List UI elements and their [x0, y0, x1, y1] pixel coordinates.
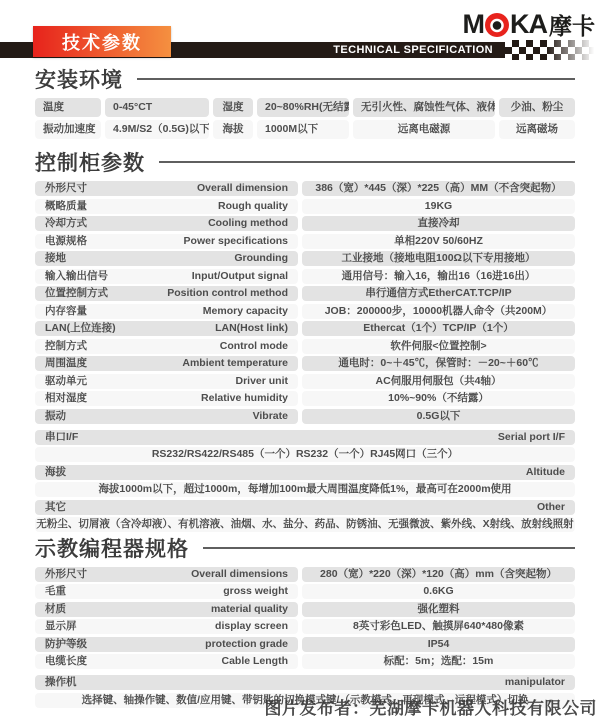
logo-m-text: M: [463, 9, 485, 40]
spec-row: LAN(上位连接)LAN(Host link)Ethercat（1个）TCP/I…: [35, 321, 575, 336]
spec-label-cn: 外形尺寸: [45, 567, 87, 582]
spec-label-en: Position control method: [167, 286, 288, 301]
spec-label-cell: 毛重gross weight: [35, 584, 298, 599]
spec-row: 外形尺寸Overall dimensions280（宽）*220（深）*120（…: [35, 567, 575, 582]
spec-label-en: Cable Length: [221, 654, 288, 669]
wide-label-en: Serial port I/F: [498, 430, 565, 445]
spec-label-cell: 周围温度Ambient temperature: [35, 356, 298, 371]
wide-content-row: 海拔1000m以下，超过1000m，每增加100m最大周围温度降低1%，最高可在…: [35, 482, 575, 497]
section-title: 示教编程器规格: [35, 533, 189, 563]
section-rule: [137, 78, 575, 80]
wide-label-cn: 海拔: [45, 465, 66, 480]
spec-label-en: display screen: [215, 619, 288, 634]
spec-label-cn: 周围温度: [45, 356, 87, 371]
spec-value-cell: 串行通信方式EtherCAT.TCP/IP: [302, 286, 575, 301]
section-install-env: 安装环境 温度0-45°CT湿度20~80%RH(无结露)无引火性、腐蚀性气体、…: [35, 66, 575, 139]
spec-value-cell: JOB：200000步，10000机器人命令（共200M）: [302, 304, 575, 319]
env-cell: 4.9M/S2（0.5G)以下: [105, 120, 209, 139]
tech-params-badge: 技术参数: [33, 26, 171, 57]
logo-ka-text: KA: [510, 9, 547, 40]
spec-value-cell: 386（宽）*445（深）*225（高）MM（不含突起物）: [302, 181, 575, 196]
spec-label-en: protection grade: [205, 637, 288, 652]
spec-row: 外形尺寸Overall dimension386（宽）*445（深）*225（高…: [35, 181, 575, 196]
spec-row: 电源规格Power specifications单相220V 50/60HZ: [35, 234, 575, 249]
spec-row: 概略质量Rough quality19KG: [35, 199, 575, 214]
spec-label-en: Vibrate: [253, 409, 288, 424]
spec-label-cell: 概略质量Rough quality: [35, 199, 298, 214]
spec-label-cn: 电源规格: [45, 234, 87, 249]
wide-content-row: RS232/RS422/RS485（一个）RS232（一个）RJ45网口（三个）: [35, 447, 575, 462]
spec-label-cell: 防护等级protection grade: [35, 637, 298, 652]
wide-content-row: 无粉尘、切屑液（含冷却液）、有机溶液、油烟、水、盐分、药品、防锈油、无强微波、紫…: [35, 517, 575, 532]
spec-label-cell: 内存容量Memory capacity: [35, 304, 298, 319]
spec-label-cell: LAN(上位连接)LAN(Host link): [35, 321, 298, 336]
spec-label-cn: 材质: [45, 602, 66, 617]
spec-label-cn: 显示屏: [45, 619, 77, 634]
env-cell: 海拔: [213, 120, 253, 139]
spec-label-cn: 电缆长度: [45, 654, 87, 669]
spec-value-cell: 通用信号：输入16，输出16（16进16出）: [302, 269, 575, 284]
spec-label-en: Input/Output signal: [192, 269, 288, 284]
spec-row: 位置控制方式Position control method串行通信方式Ether…: [35, 286, 575, 301]
env-cell: 温度: [35, 98, 101, 117]
env-cell: 远离电磁源: [353, 120, 495, 139]
spec-label-cell: 冷却方式Cooling method: [35, 216, 298, 231]
wide-label-row: 其它Other: [35, 500, 575, 515]
spec-value-cell: AC伺服用伺服包（共4轴）: [302, 374, 575, 389]
env-cell: 0-45°CT: [105, 98, 209, 117]
spec-row: 振动Vibrate0.5G以下: [35, 409, 575, 424]
spec-label-cn: 防护等级: [45, 637, 87, 652]
spec-label-en: Overall dimension: [197, 181, 288, 196]
wide-label-cn: 操作机: [45, 675, 77, 690]
spec-label-cell: 外形尺寸Overall dimensions: [35, 567, 298, 582]
spec-value-cell: 直接冷却: [302, 216, 575, 231]
wide-label-row: 串口I/FSerial port I/F: [35, 430, 575, 445]
spec-value-cell: 软件伺服<位置控制>: [302, 339, 575, 354]
spec-row: 材质material quality强化塑料: [35, 602, 575, 617]
wide-label-row: 操作机manipulator: [35, 675, 575, 690]
spec-label-cn: 内存容量: [45, 304, 87, 319]
spec-label-cn: 驱动单元: [45, 374, 87, 389]
spec-row: 显示屏display screen8英寸彩色LED、触摸屏640*480像素: [35, 619, 575, 634]
spec-value-cell: 通电时：0~＋45℃，保管时：－20~＋60℃: [302, 356, 575, 371]
env-cell: 无引火性、腐蚀性气体、液体、无溅水: [353, 98, 495, 117]
spec-row: 电缆长度Cable Length标配：5m；选配：15m: [35, 654, 575, 669]
spec-label-cell: 接地Grounding: [35, 251, 298, 266]
spec-label-cn: 控制方式: [45, 339, 87, 354]
install-env-table: 温度0-45°CT湿度20~80%RH(无结露)无引火性、腐蚀性气体、液体、无溅…: [35, 98, 575, 139]
spec-label-cell: 电源规格Power specifications: [35, 234, 298, 249]
env-row: 温度0-45°CT湿度20~80%RH(无结露)无引火性、腐蚀性气体、液体、无溅…: [35, 98, 575, 117]
env-row: 振动加速度4.9M/S2（0.5G)以下海拔1000M以下远离电磁源远离磁场: [35, 120, 575, 139]
logo-red-o-icon: [485, 13, 509, 37]
spec-row: 冷却方式Cooling method直接冷却: [35, 216, 575, 231]
spec-label-en: Control mode: [220, 339, 288, 354]
spec-label-cn: 相对湿度: [45, 391, 87, 406]
pendant-table: 外形尺寸Overall dimensions280（宽）*220（深）*120（…: [35, 567, 575, 670]
env-cell: 湿度: [213, 98, 253, 117]
spec-label-cell: 输入输出信号Input/Output signal: [35, 269, 298, 284]
moka-logo: M KA 摩卡: [463, 8, 596, 41]
spec-value-cell: 8英寸彩色LED、触摸屏640*480像素: [302, 619, 575, 634]
wide-label-en: Other: [537, 500, 565, 515]
wide-label-en: Altitude: [526, 465, 565, 480]
spec-label-cn: 概略质量: [45, 199, 87, 214]
section-title: 安装环境: [35, 64, 123, 94]
spec-label-cn: 振动: [45, 409, 66, 424]
section-header: 示教编程器规格: [35, 535, 575, 561]
spec-value-cell: 10%~90%（不结露）: [302, 391, 575, 406]
spec-value-cell: 0.5G以下: [302, 409, 575, 424]
spec-label-en: LAN(Host link): [215, 321, 288, 336]
spec-page: M KA 摩卡 TECHNICAL SPECIFICATION 技术参数 安装环…: [0, 0, 600, 722]
wide-label-row: 海拔Altitude: [35, 465, 575, 480]
spec-label-en: Grounding: [234, 251, 288, 266]
wide-label-cn: 其它: [45, 500, 66, 515]
section-rule: [203, 547, 575, 549]
spec-label-en: Rough quality: [218, 199, 288, 214]
spec-label-en: Memory capacity: [203, 304, 288, 319]
spec-value-cell: Ethercat（1个）TCP/IP（1个）: [302, 321, 575, 336]
spec-value-cell: 标配：5m；选配：15m: [302, 654, 575, 669]
spec-label-cell: 控制方式Control mode: [35, 339, 298, 354]
wide-label-cn: 串口I/F: [45, 430, 78, 445]
spec-label-cell: 驱动单元Driver unit: [35, 374, 298, 389]
wide-label-en: manipulator: [505, 675, 565, 690]
section-title: 控制柜参数: [35, 147, 145, 177]
spec-value-cell: IP54: [302, 637, 575, 652]
section-header: 安装环境: [35, 66, 575, 92]
spec-row: 内存容量Memory capacityJOB：200000步，10000机器人命…: [35, 304, 575, 319]
spec-label-cell: 相对湿度Relative humidity: [35, 391, 298, 406]
spec-label-cell: 位置控制方式Position control method: [35, 286, 298, 301]
env-cell: 振动加速度: [35, 120, 101, 139]
spec-label-cn: 位置控制方式: [45, 286, 108, 301]
publisher-watermark: 图片发布者：芜湖摩卡机器人科技有限公司: [265, 694, 598, 719]
spec-label-cn: 外形尺寸: [45, 181, 87, 196]
section-pendant: 示教编程器规格 外形尺寸Overall dimensions280（宽）*220…: [35, 535, 575, 708]
header-bar-title: TECHNICAL SPECIFICATION: [333, 44, 493, 56]
spec-label-cn: LAN(上位连接): [45, 321, 116, 336]
spec-label-cn: 冷却方式: [45, 216, 87, 231]
spec-label-en: material quality: [211, 602, 288, 617]
spec-row: 毛重gross weight0.6KG: [35, 584, 575, 599]
spec-value-cell: 工业接地（接地电阻100Ω以下专用接地）: [302, 251, 575, 266]
spec-label-en: Ambient temperature: [182, 356, 288, 371]
logo-cn-text: 摩卡: [549, 8, 595, 41]
spec-row: 驱动单元Driver unitAC伺服用伺服包（共4轴）: [35, 374, 575, 389]
spec-value-cell: 强化塑料: [302, 602, 575, 617]
section-header: 控制柜参数: [35, 149, 575, 175]
cabinet-table: 外形尺寸Overall dimension386（宽）*445（深）*225（高…: [35, 181, 575, 424]
section-cabinet: 控制柜参数 外形尺寸Overall dimension386（宽）*445（深）…: [35, 149, 575, 532]
spec-label-cell: 振动Vibrate: [35, 409, 298, 424]
spec-value-cell: 0.6KG: [302, 584, 575, 599]
spec-label-cell: 外形尺寸Overall dimension: [35, 181, 298, 196]
spec-label-en: Power specifications: [184, 234, 288, 249]
env-cell: 20~80%RH(无结露): [257, 98, 349, 117]
spec-label-cell: 电缆长度Cable Length: [35, 654, 298, 669]
checkerboard-pattern-icon: [505, 40, 598, 60]
spec-label-en: Relative humidity: [201, 391, 288, 406]
spec-value-cell: 280（宽）*220（深）*120（高）mm（含突起物）: [302, 567, 575, 582]
spec-label-cn: 毛重: [45, 584, 66, 599]
env-cell: 远离磁场: [499, 120, 575, 139]
spec-row: 相对湿度Relative humidity10%~90%（不结露）: [35, 391, 575, 406]
spec-label-cn: 输入输出信号: [45, 269, 108, 284]
section-rule: [159, 161, 575, 163]
spec-row: 输入输出信号Input/Output signal通用信号：输入16，输出16（…: [35, 269, 575, 284]
spec-value-cell: 单相220V 50/60HZ: [302, 234, 575, 249]
spec-row: 接地Grounding工业接地（接地电阻100Ω以下专用接地）: [35, 251, 575, 266]
spec-label-en: Cooling method: [208, 216, 288, 231]
spec-value-cell: 19KG: [302, 199, 575, 214]
env-cell: 1000M以下: [257, 120, 349, 139]
spec-label-en: gross weight: [223, 584, 288, 599]
spec-row: 防护等级protection gradeIP54: [35, 637, 575, 652]
spec-label-en: Driver unit: [235, 374, 288, 389]
spec-label-cn: 接地: [45, 251, 66, 266]
content-area: 安装环境 温度0-45°CT湿度20~80%RH(无结露)无引火性、腐蚀性气体、…: [0, 0, 600, 708]
spec-label-cell: 材质material quality: [35, 602, 298, 617]
cabinet-wide-rows: 串口I/FSerial port I/FRS232/RS422/RS485（一个…: [35, 430, 575, 533]
spec-row: 周围温度Ambient temperature通电时：0~＋45℃，保管时：－2…: [35, 356, 575, 371]
env-cell: 少油、粉尘: [499, 98, 575, 117]
spec-row: 控制方式Control mode软件伺服<位置控制>: [35, 339, 575, 354]
spec-label-en: Overall dimensions: [191, 567, 288, 582]
spec-label-cell: 显示屏display screen: [35, 619, 298, 634]
